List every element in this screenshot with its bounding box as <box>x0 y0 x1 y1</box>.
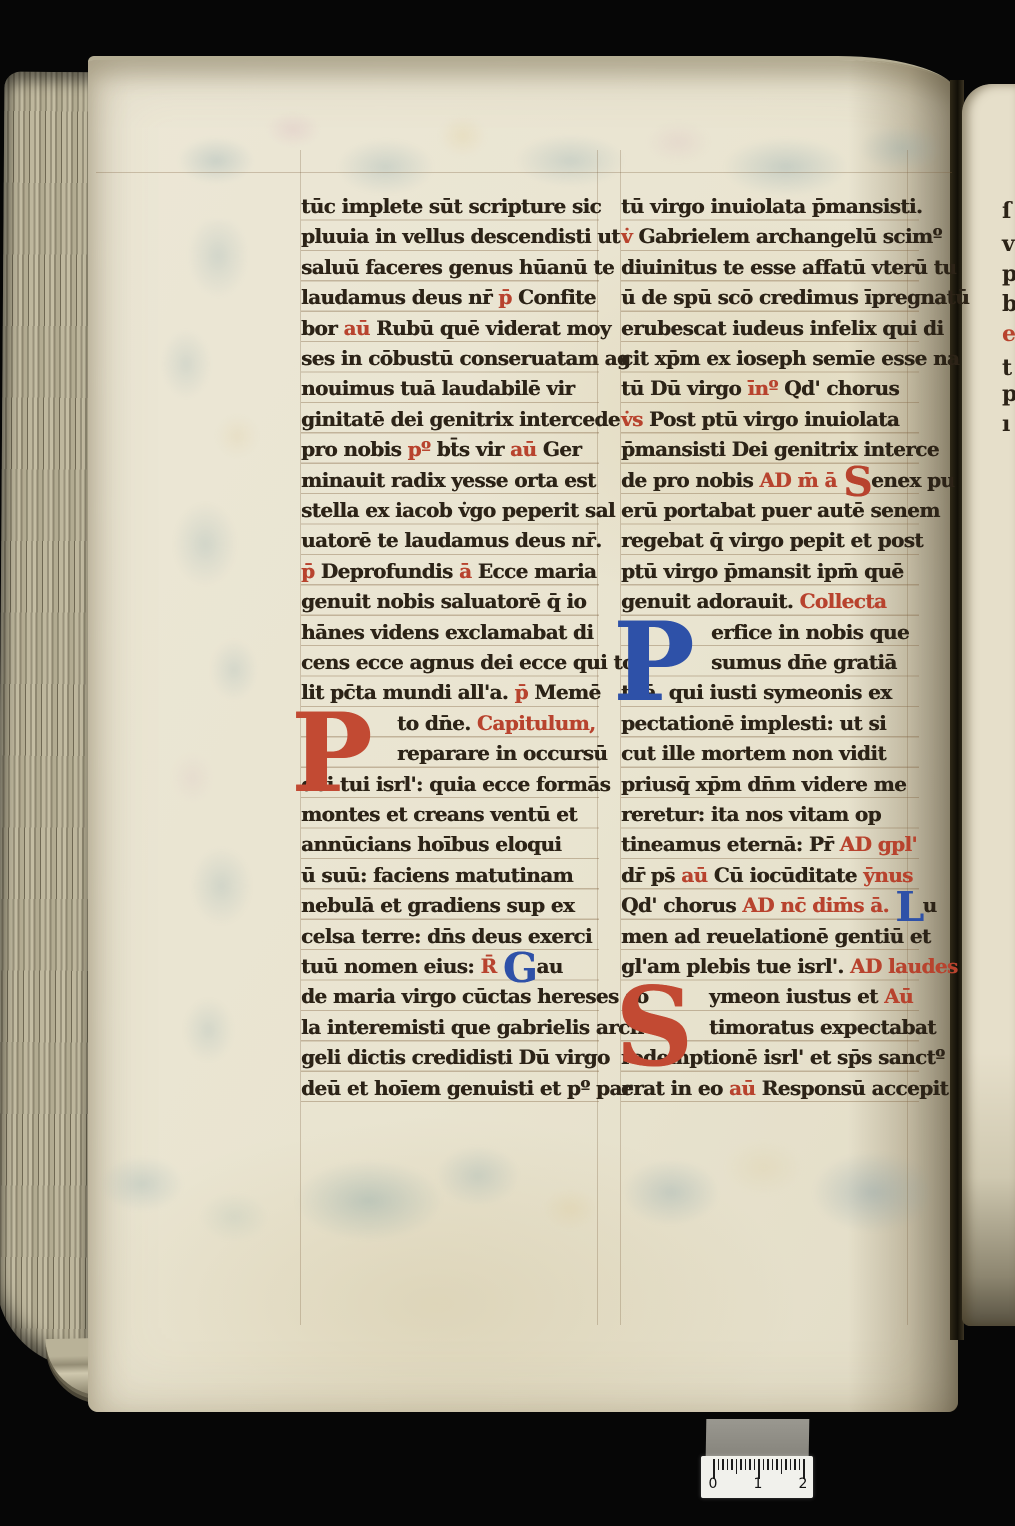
text-segment: erū portabat puer autē senem <box>621 498 940 522</box>
manuscript-line: tū Dū virgo īnº Qd' chorus <box>621 374 899 404</box>
ruler-label-2: 2 <box>799 1476 808 1492</box>
manuscript-line: hānes videns exclamabat di <box>301 618 593 648</box>
manuscript-line: men ad reuelationē gentiū et <box>621 922 931 952</box>
text-segment: v̇ <box>621 224 638 248</box>
text-segment: uatorē te laudamus deus nr̄. <box>301 528 602 552</box>
text-segment: ā <box>459 559 478 583</box>
manuscript-line: genuit nobis saluatorē q̄ io <box>301 587 586 617</box>
text-segment: cit xp̄m ex ioseph semīe esse na <box>621 346 959 370</box>
ruler-tick <box>745 1459 747 1470</box>
manuscript-line: deū et hoīem genuisti et pº par <box>301 1074 632 1104</box>
ruler-tick <box>781 1459 783 1474</box>
ruler-tick <box>767 1459 769 1470</box>
manuscript-line: ginitatē dei genitrix intercede <box>301 405 620 435</box>
manuscript-photo: ſvpbetpı tūc implete sūt scripture sicpl… <box>0 0 1015 1526</box>
manuscript-line: tineamus eternā: Pr̄ AD gpl' <box>621 830 917 860</box>
manuscript-line: bor aū Rubū quē viderat moy <box>301 314 611 344</box>
text-segment: bor <box>301 316 343 340</box>
text-segment: ū de spū scō credimus īpregnatū <box>621 285 969 309</box>
ruler-tick <box>794 1459 796 1470</box>
manuscript-line: tū virgo inuiolata p̄mansisti. <box>621 192 922 222</box>
text-segment: hānes videns exclamabat di <box>301 620 593 644</box>
ruler-tick <box>790 1459 792 1470</box>
text-segment: minauit radix yesse orta est <box>301 468 596 492</box>
text-segment: u <box>923 893 937 917</box>
text-segment: nouimus tuā laudabilē vir <box>301 376 574 400</box>
manuscript-line: saluū faceres genus hūanū te <box>301 253 614 283</box>
text-segment: Ger <box>543 437 582 461</box>
manuscript-line: dr̄ ps̄ aū Cū iocūditate ȳnus <box>621 861 913 891</box>
text-segment: AD gpl' <box>840 832 917 856</box>
text-segment: Cū iocūditate <box>714 863 863 887</box>
text-segment: R̄ <box>480 954 502 978</box>
manuscript-line: erū portabat puer autē senem <box>621 496 940 526</box>
text-segment: timoratus expectabat <box>709 1015 936 1039</box>
text-segment: enex pu <box>871 468 954 492</box>
ruler-tick <box>740 1459 742 1470</box>
manuscript-line: uatorē te laudamus deus nr̄. <box>301 526 602 556</box>
text-segment: Memē <box>534 680 600 704</box>
text-segment: ū suū: faciens matutinam <box>301 863 573 887</box>
ruler-tick <box>736 1459 738 1474</box>
text-segment: regebat q̄ virgo pepit et post <box>621 528 923 552</box>
text-segment: stella ex iacob v̇go peperit sal <box>301 498 615 522</box>
ruler-tick <box>731 1459 733 1470</box>
manuscript-line: ses in cōbustū conseruatam ag <box>301 344 630 374</box>
manuscript-line: de pro nobis AD m̄ ā Senex pu <box>621 466 954 496</box>
text-segment: dr̄ ps̄ <box>621 863 681 887</box>
text-segment: de maria virgo cūctas hereses so <box>301 984 648 1008</box>
text-segment: bt̄s vir <box>437 437 510 461</box>
text-segment: Capitulum, <box>477 711 596 735</box>
text-segment: pro nobis <box>301 437 408 461</box>
facing-page-edge: ſvpbetpı <box>962 84 1015 1326</box>
text-segment: pluuia in vellus descendisti ut <box>301 224 620 248</box>
text-segment: Aū <box>884 984 913 1008</box>
manuscript-line: nouimus tuā laudabilē vir <box>301 374 574 404</box>
text-segment: pº <box>408 437 437 461</box>
ruler-tick <box>749 1459 751 1470</box>
manuscript-line: Qd' chorus AD nc̄ dim̄s ā. Lu <box>621 891 937 921</box>
manuscript-line: regebat q̄ virgo pepit et post <box>621 526 923 556</box>
text-segment: Ecce maria <box>478 559 597 583</box>
manuscript-line: laudamus deus nr̄ p̄ Confite <box>301 283 596 313</box>
edge-letter-fragment: t <box>1002 355 1012 381</box>
ruler-tick <box>722 1459 724 1470</box>
text-segment: men ad reuelationē gentiū et <box>621 924 931 948</box>
edge-letter-fragment: b <box>1002 291 1015 317</box>
manuscript-line: erubescat iudeus infelix qui di <box>621 314 943 344</box>
manuscript-line: stella ex iacob v̇go peperit sal <box>301 496 615 526</box>
text-segment: priusq̄ xp̄m dn̄m videre me <box>621 772 906 796</box>
ruler-tick <box>785 1459 787 1470</box>
text-segment: AD nc̄ dim̄s ā. <box>742 893 895 917</box>
text-segment: p̄ <box>514 680 534 704</box>
text-segment: reretur: ita nos vitam op <box>621 802 881 826</box>
ruling-line-top-margin <box>96 172 952 173</box>
text-segment: aū <box>510 437 543 461</box>
text-segment: erfice in nobis que <box>711 620 909 644</box>
text-segment: erubescat iudeus infelix qui di <box>621 316 943 340</box>
text-segment: Qd' chorus <box>621 893 742 917</box>
ruler-tick <box>718 1459 720 1470</box>
manuscript-line: cens ecce agnus dei ecce qui tol <box>301 648 642 678</box>
text-segment: cens ecce agnus dei ecce qui tol <box>301 650 642 674</box>
text-segment: aū <box>729 1076 762 1100</box>
text-segment: annūcians hoībus eloqui <box>301 832 561 856</box>
illuminated-initial: P <box>613 608 694 716</box>
text-segment: to dn̄e. <box>397 711 477 735</box>
text-segment: de pro nobis <box>621 468 759 492</box>
manuscript-line: geli dictis credidisti Dū virgo <box>301 1043 610 1073</box>
edge-letter-fragment: p <box>1002 381 1015 407</box>
illuminated-initial: P <box>291 699 372 807</box>
text-segment: Qd' chorus <box>784 376 899 400</box>
text-segment: nebulā et gradiens sup ex <box>301 893 574 917</box>
text-segment: laudamus deus nr̄ <box>301 285 498 309</box>
text-segment: Post ptū virgo inuiolata <box>649 407 899 431</box>
ruler-tick <box>799 1459 801 1470</box>
illuminated-initial: S <box>615 973 693 1081</box>
manuscript-line: nebulā et gradiens sup ex <box>301 891 574 921</box>
ruler: 0 1 2 <box>701 1456 813 1498</box>
text-segment: aū <box>343 316 376 340</box>
text-segment: ymeon iustus et <box>709 984 884 1008</box>
manuscript-line: p̄mansisti Dei genitrix interce <box>621 435 939 465</box>
ruler-tick <box>763 1459 765 1470</box>
text-segment: ptū virgo p̄mansit ipm̄ quē <box>621 559 903 583</box>
text-segment: AD laudes <box>850 954 958 978</box>
text-column-right: tū virgo inuiolata p̄mansisti.v̇ Gabriel… <box>621 192 919 1106</box>
manuscript-line: tuū nomen eius: R̄ Gau <box>301 952 563 982</box>
manuscript-line: de maria virgo cūctas hereses so <box>301 982 648 1012</box>
edge-letter-fragment: e <box>1002 321 1015 347</box>
text-segment: tineamus eternā: Pr̄ <box>621 832 840 856</box>
text-segment: ses in cōbustū conseruatam ag <box>301 346 630 370</box>
text-segment: Rubū quē viderat moy <box>376 316 611 340</box>
text-segment: Confite <box>518 285 596 309</box>
text-segment: au <box>536 954 562 978</box>
ruler-tick <box>772 1459 774 1470</box>
edge-letter-fragment: ſ <box>1002 198 1011 224</box>
text-column-left: tūc implete sūt scripture sicpluuia in v… <box>301 192 599 1106</box>
ruler-label-0: 0 <box>709 1476 718 1492</box>
manuscript-line: v̇s Post ptū virgo inuiolata <box>621 405 899 435</box>
text-segment: saluū faceres genus hūanū te <box>301 255 614 279</box>
manuscript-line: v̇ Gabrielem archangelū scimº <box>621 222 942 252</box>
ruler-tick <box>776 1459 778 1470</box>
manuscript-line: cut ille mortem non vidit <box>621 739 886 769</box>
edge-letter-fragment: p <box>1002 261 1015 287</box>
text-segment: celsa terre: dn̄s deus exerci <box>301 924 592 948</box>
manuscript-line: pluuia in vellus descendisti ut <box>301 222 620 252</box>
manuscript-line: ū de spū scō credimus īpregnatū <box>621 283 969 313</box>
edge-letter-fragment: ı <box>1002 411 1010 437</box>
text-segment: aū <box>681 863 714 887</box>
text-segment: tū Dū virgo <box>621 376 747 400</box>
text-segment: Responsū accepit <box>762 1076 949 1100</box>
text-segment: cut ille mortem non vidit <box>621 741 886 765</box>
manuscript-line: ū suū: faciens matutinam <box>301 861 573 891</box>
text-segment: Deprofundis <box>321 559 459 583</box>
manuscript-line: minauit radix yesse orta est <box>301 466 596 496</box>
text-segment: Collecta <box>799 589 886 613</box>
text-segment: genuit nobis saluatorē q̄ io <box>301 589 586 613</box>
text-segment: īnº <box>747 376 784 400</box>
manuscript-line: priusq̄ xp̄m dn̄m videre me <box>621 770 906 800</box>
text-segment: v̇s <box>621 407 649 431</box>
ruler-tick <box>754 1459 756 1470</box>
text-segment: sumus dn̄e gratiā <box>711 650 897 674</box>
ruler-tick <box>727 1459 729 1470</box>
text-segment: la interemisti que gabrielis arch <box>301 1015 644 1039</box>
manuscript-line: cit xp̄m ex ioseph semīe esse na <box>621 344 959 374</box>
manuscript-line: annūcians hoībus eloqui <box>301 830 561 860</box>
ruler-gray-bar <box>706 1419 810 1457</box>
text-segment: p̄ <box>498 285 518 309</box>
manuscript-line: p̄ Deprofundis ā Ecce maria <box>301 557 596 587</box>
manuscript-line: ptū virgo p̄mansit ipm̄ quē <box>621 557 903 587</box>
manuscript-line: celsa terre: dn̄s deus exerci <box>301 922 592 952</box>
text-segment: AD m̄ ā <box>759 468 843 492</box>
text-segment: tūc implete sūt scripture sic <box>301 194 601 218</box>
edge-letter-fragment: v <box>1002 231 1015 257</box>
book-page-edges-left <box>0 72 101 1369</box>
text-segment: Gabrielem archangelū scimº <box>638 224 941 248</box>
text-segment: reparare in occursū <box>397 741 607 765</box>
manuscript-line: reretur: ita nos vitam op <box>621 800 881 830</box>
text-segment: ginitatē dei genitrix intercede <box>301 407 620 431</box>
manuscript-line: tūc implete sūt scripture sic <box>301 192 601 222</box>
text-segment: p̄mansisti Dei genitrix interce <box>621 437 939 461</box>
manuscript-line: diuinitus te esse affatū vterū tu <box>621 253 956 283</box>
text-segment: tuū nomen eius: <box>301 954 480 978</box>
ruler-label-1: 1 <box>754 1476 763 1492</box>
text-segment: geli dictis credidisti Dū virgo <box>301 1045 610 1069</box>
text-segment: p̄ <box>301 559 321 583</box>
manuscript-line: pro nobis pº bt̄s vir aū Ger <box>301 435 581 465</box>
text-segment: deū et hoīem genuisti et pº par <box>301 1076 632 1100</box>
text-segment: tū virgo inuiolata p̄mansisti. <box>621 194 922 218</box>
text-segment: diuinitus te esse affatū vterū tu <box>621 255 956 279</box>
manuscript-line: la interemisti que gabrielis arch <box>301 1013 644 1043</box>
